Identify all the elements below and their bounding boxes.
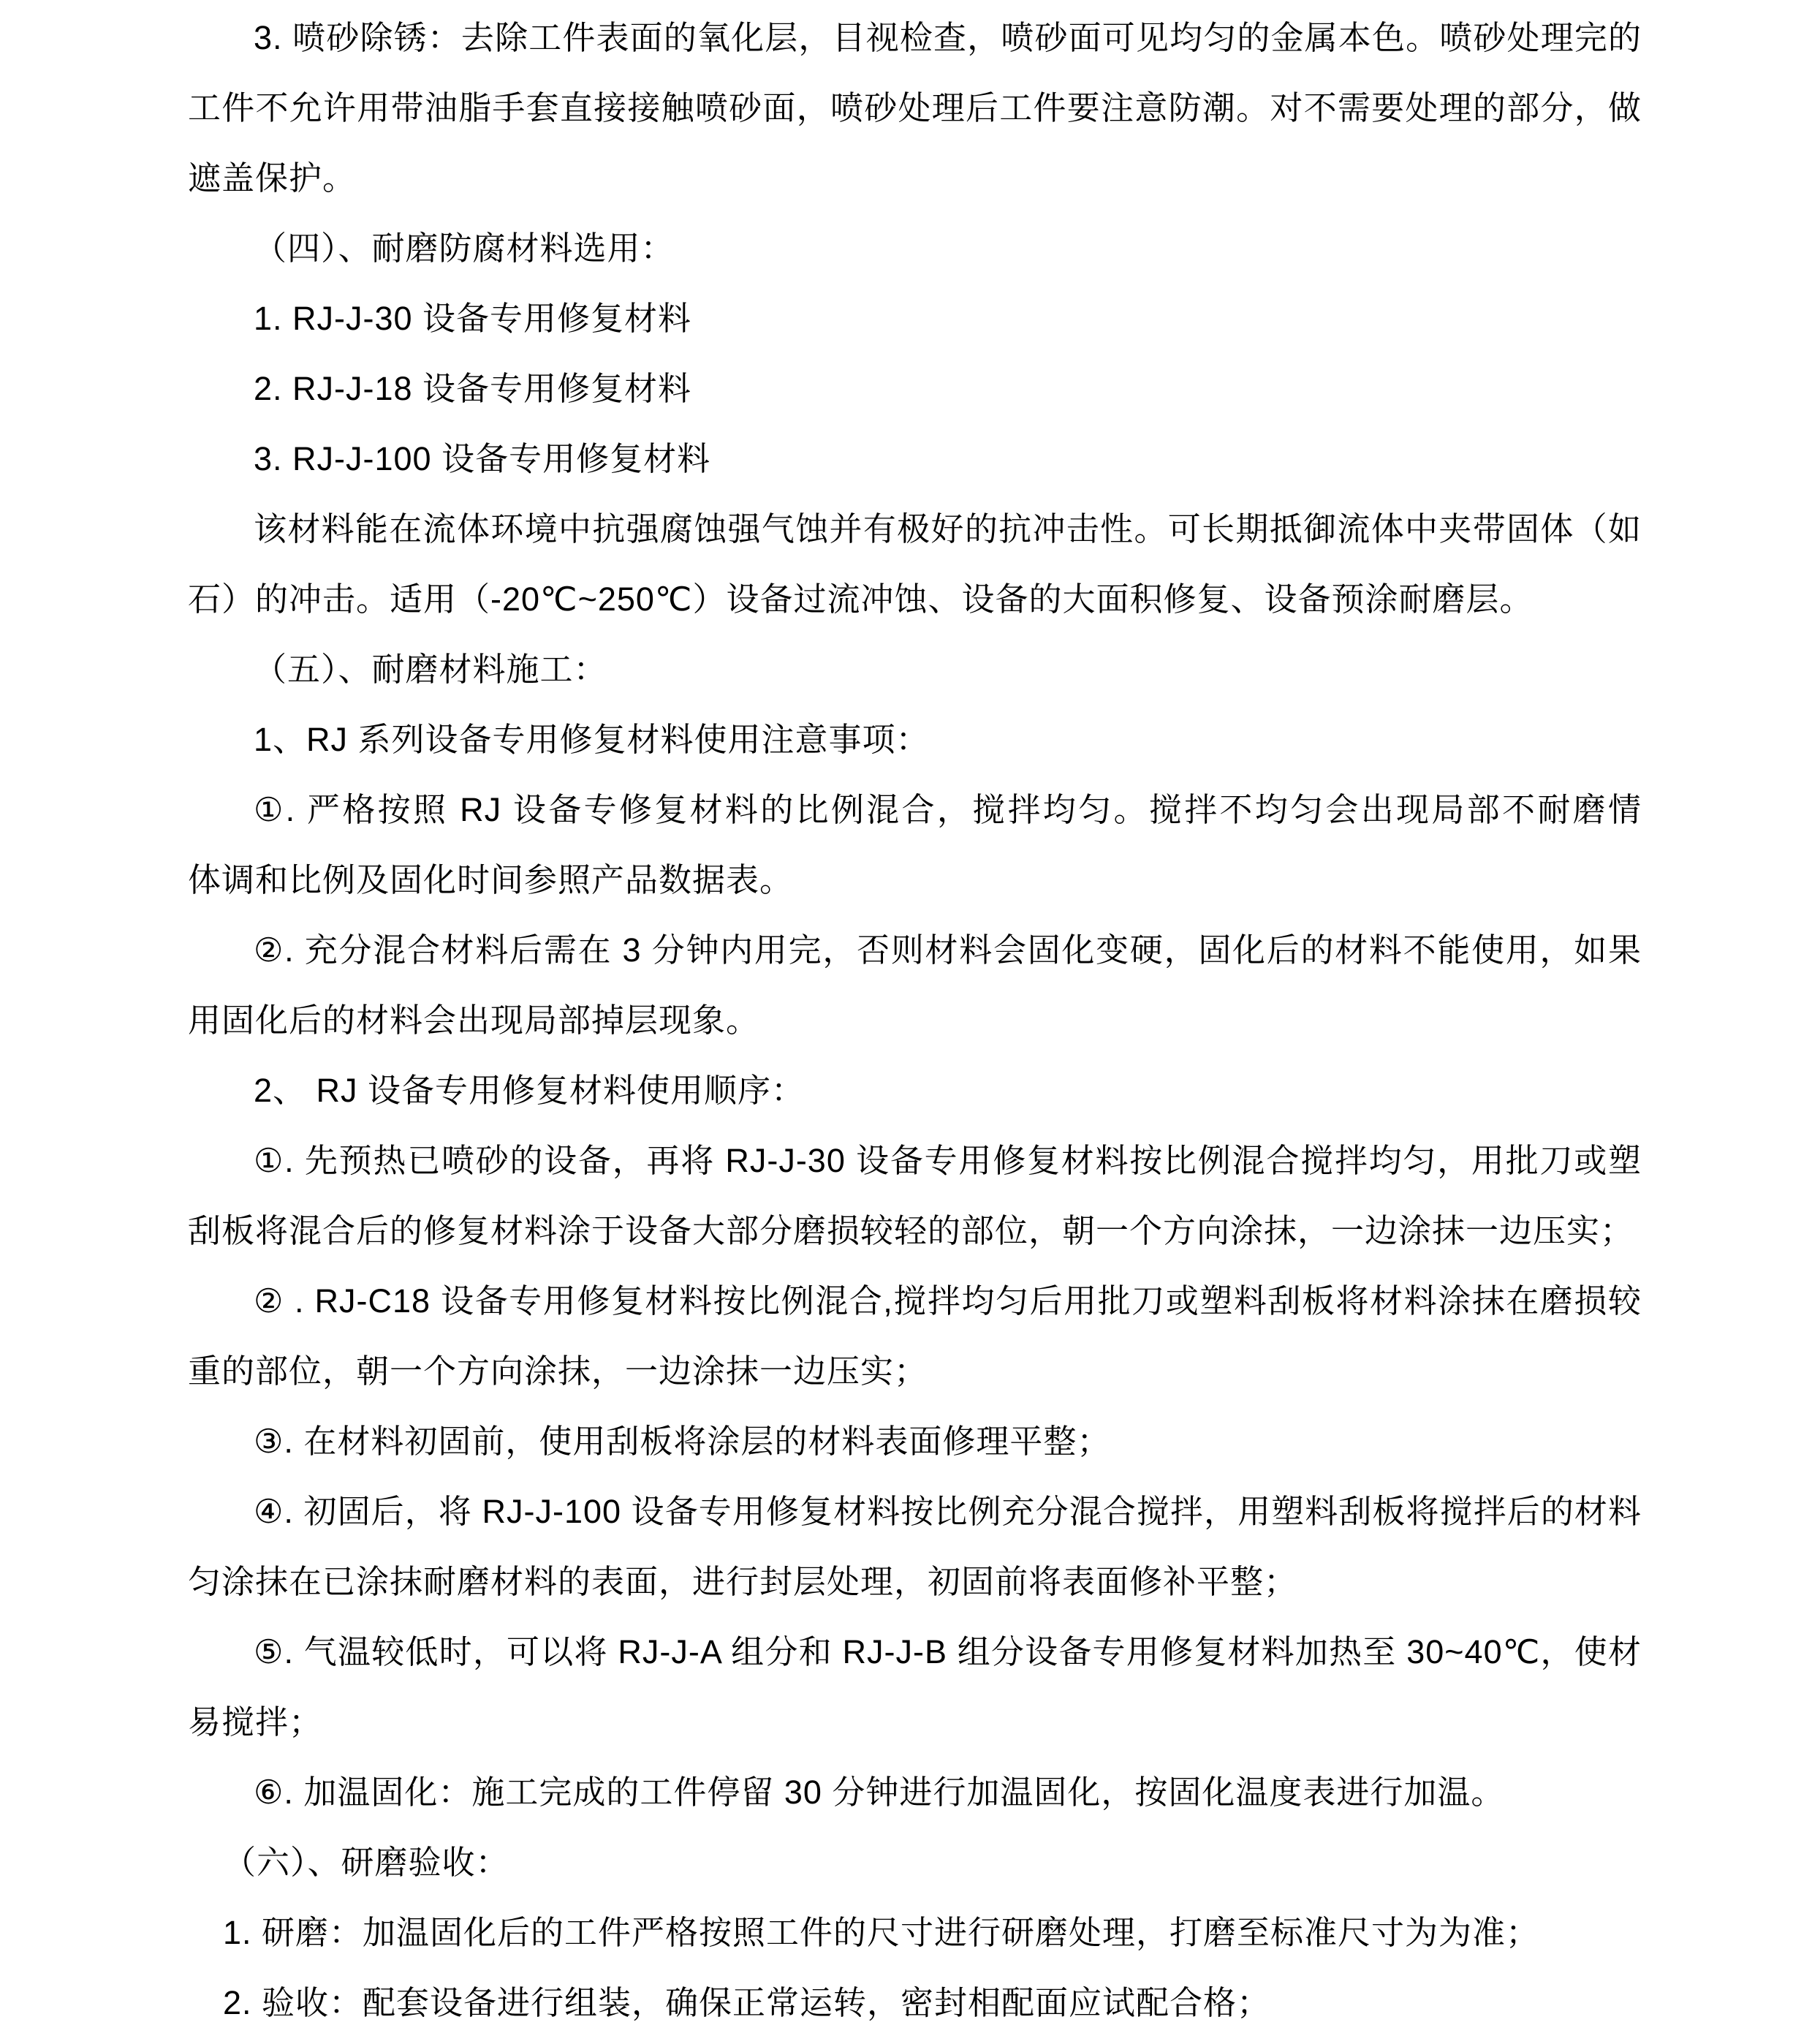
text-line: 遮盖保护。 <box>188 143 1642 213</box>
text-line: ③. 在材料初固前，使用刮板将涂层的材料表面修理平整； <box>188 1407 1642 1477</box>
list-item: 1. RJ-J-30 设备专用修复材料 <box>188 284 1642 354</box>
list-item: 3. RJ-J-100 设备专用修复材料 <box>188 424 1642 494</box>
text-line: 3. 喷砂除锈：去除工件表面的氧化层，目视检查，喷砂面可见均匀的金属本色。喷砂处… <box>188 3 1642 73</box>
text-line: ⑥. 加温固化：施工完成的工件停留 30 分钟进行加温固化，按固化温度表进行加温… <box>188 1757 1642 1828</box>
text-line: 刮板将混合后的修复材料涂于设备大部分磨损较轻的部位，朝一个方向涂抹，一边涂抹一边… <box>188 1196 1642 1266</box>
text-line: 易搅拌； <box>188 1687 1642 1757</box>
text-line: ①. 先预热已喷砂的设备，再将 RJ-J-30 设备专用修复材料按比例混合搅拌均… <box>188 1126 1642 1196</box>
list-item: 1、RJ 系列设备专用修复材料使用注意事项： <box>188 705 1642 775</box>
text-line: 该材料能在流体环境中抗强腐蚀强气蚀并有极好的抗冲击性。可长期抵御流体中夹带固体（… <box>188 494 1642 564</box>
section-heading: （五）、耐磨材料施工： <box>188 635 1642 705</box>
list-item: 2. 验收：配套设备进行组装，确保正常运转，密封相配面应试配合格； <box>188 1968 1642 2038</box>
text-line: ⑤. 气温较低时，可以将 RJ-J-A 组分和 RJ-J-B 组分设备专用修复材… <box>188 1617 1642 1687</box>
list-item: 1. 研磨：加温固化后的工件严格按照工件的尺寸进行研磨处理，打磨至标准尺寸为为准… <box>188 1898 1642 1968</box>
text-line: 石）的冲击。适用（-20℃~250℃）设备过流冲蚀、设备的大面积修复、设备预涂耐… <box>188 564 1642 635</box>
section-heading: （六）、研磨验收： <box>188 1828 1642 1898</box>
text-line: 重的部位，朝一个方向涂抹，一边涂抹一边压实； <box>188 1336 1642 1407</box>
text-line: 工件不允许用带油脂手套直接接触喷砂面，喷砂处理后工件要注意防潮。对不需要处理的部… <box>188 73 1642 143</box>
text-line: 体调和比例及固化时间参照产品数据表。 <box>188 845 1642 915</box>
text-line: 用固化后的材料会出现局部掉层现象。 <box>188 985 1642 1056</box>
text-line: ②. 充分混合材料后需在 3 分钟内用完，否则材料会固化变硬，固化后的材料不能使… <box>188 915 1642 985</box>
text-line: ② . RJ-C18 设备专用修复材料按比例混合,搅拌均匀后用批刀或塑料刮板将材… <box>188 1266 1642 1336</box>
document-body: 3. 喷砂除锈：去除工件表面的氧化层，目视检查，喷砂面可见均匀的金属本色。喷砂处… <box>188 3 1642 2038</box>
text-line: ④. 初固后，将 RJ-J-100 设备专用修复材料按比例充分混合搅拌，用塑料刮… <box>188 1477 1642 1547</box>
document-page: 3. 喷砂除锈：去除工件表面的氧化层，目视检查，喷砂面可见均匀的金属本色。喷砂处… <box>0 0 1812 2044</box>
list-item: 2. RJ-J-18 设备专用修复材料 <box>188 354 1642 424</box>
section-heading: （四）、耐磨防腐材料选用： <box>188 213 1642 284</box>
text-line: 匀涂抹在已涂抹耐磨材料的表面，进行封层处理，初固前将表面修补平整； <box>188 1547 1642 1617</box>
text-line: ①. 严格按照 RJ 设备专修复材料的比例混合，搅拌均匀。搅拌不均匀会出现局部不… <box>188 775 1642 845</box>
list-item: 2、 RJ 设备专用修复材料使用顺序： <box>188 1056 1642 1126</box>
